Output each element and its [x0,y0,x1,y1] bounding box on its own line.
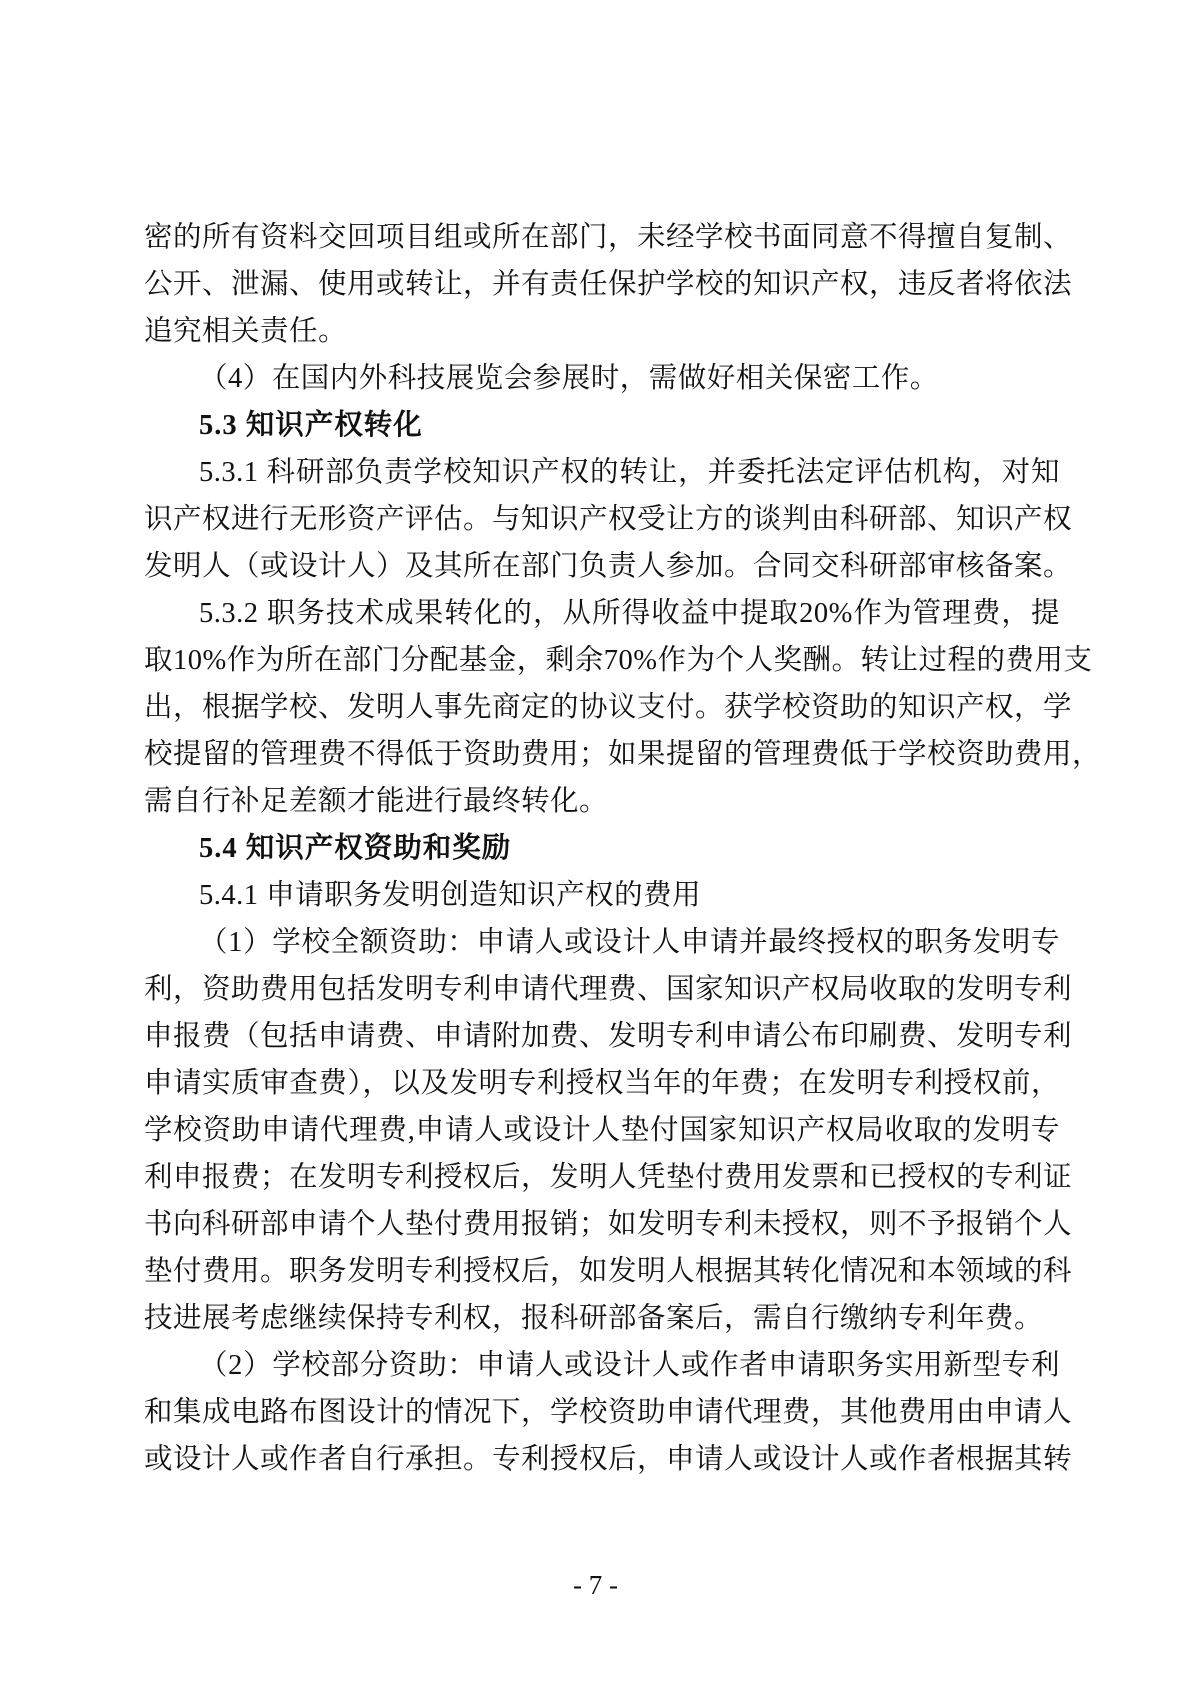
text-line: 追究相关责任。 [144,308,1060,355]
text-line: 需自行补足差额才能进行最终转化。 [144,778,1060,825]
text-line: 5.4.1 申请职务发明创造知识产权的费用 [144,872,1060,919]
section-heading: 5.3 知识产权转化 [144,402,1060,449]
text-line: 技进展考虑继续保持专利权，报科研部备案后，需自行缴纳专利年费。 [144,1295,1060,1342]
text-line: 申请实质审查费），以及发明专利授权当年的年费；在发明专利授权前， [144,1060,1060,1107]
text-line: 校提留的管理费不得低于资助费用；如果提留的管理费低于学校资助费用， [144,731,1060,778]
text-line: （2）学校部分资助：申请人或设计人或作者申请职务实用新型专利 [144,1342,1060,1389]
text-line: （1）学校全额资助：申请人或设计人申请并最终授权的职务发明专 [144,919,1060,966]
document-page: 密的所有资料交回项目组或所在部门，未经学校书面同意不得擅自复制、公开、泄漏、使用… [0,0,1191,1684]
text-line: 密的所有资料交回项目组或所在部门，未经学校书面同意不得擅自复制、 [144,214,1060,261]
text-line: 5.3.2 职务技术成果转化的，从所得收益中提取20%作为管理费，提 [144,590,1060,637]
text-line: 利申报费；在发明专利授权后，发明人凭垫付费用发票和已授权的专利证 [144,1154,1060,1201]
text-line: （4）在国内外科技展览会参展时，需做好相关保密工作。 [144,355,1060,402]
text-line: 垫付费用。职务发明专利授权后，如发明人根据其转化情况和本领域的科 [144,1248,1060,1295]
text-line: 5.3.1 科研部负责学校知识产权的转让，并委托法定评估机构，对知 [144,449,1060,496]
text-line: 或设计人或作者自行承担。专利授权后，申请人或设计人或作者根据其转 [144,1436,1060,1483]
text-line: 和集成电路布图设计的情况下，学校资助申请代理费，其他费用由申请人 [144,1389,1060,1436]
text-line: 出，根据学校、发明人事先商定的协议支付。获学校资助的知识产权，学 [144,684,1060,731]
text-line: 书向科研部申请个人垫付费用报销；如发明专利未授权，则不予报销个人 [144,1201,1060,1248]
text-line: 取10%作为所在部门分配基金，剩余70%作为个人奖酬。转让过程的费用支 [144,637,1060,684]
text-line: 发明人（或设计人）及其所在部门负责人参加。合同交科研部审核备案。 [144,543,1060,590]
page-number: - 7 - [0,1570,1191,1601]
text-line: 学校资助申请代理费,申请人或设计人垫付国家知识产权局收取的发明专 [144,1107,1060,1154]
text-line: 利，资助费用包括发明专利申请代理费、国家知识产权局收取的发明专利 [144,966,1060,1013]
text-line: 识产权进行无形资产评估。与知识产权受让方的谈判由科研部、知识产权 [144,496,1060,543]
text-line: 公开、泄漏、使用或转让，并有责任保护学校的知识产权，违反者将依法 [144,261,1060,308]
section-heading: 5.4 知识产权资助和奖励 [144,825,1060,872]
text-line: 申报费（包括申请费、申请附加费、发明专利申请公布印刷费、发明专利 [144,1013,1060,1060]
document-text: 密的所有资料交回项目组或所在部门，未经学校书面同意不得擅自复制、公开、泄漏、使用… [144,214,1060,1483]
